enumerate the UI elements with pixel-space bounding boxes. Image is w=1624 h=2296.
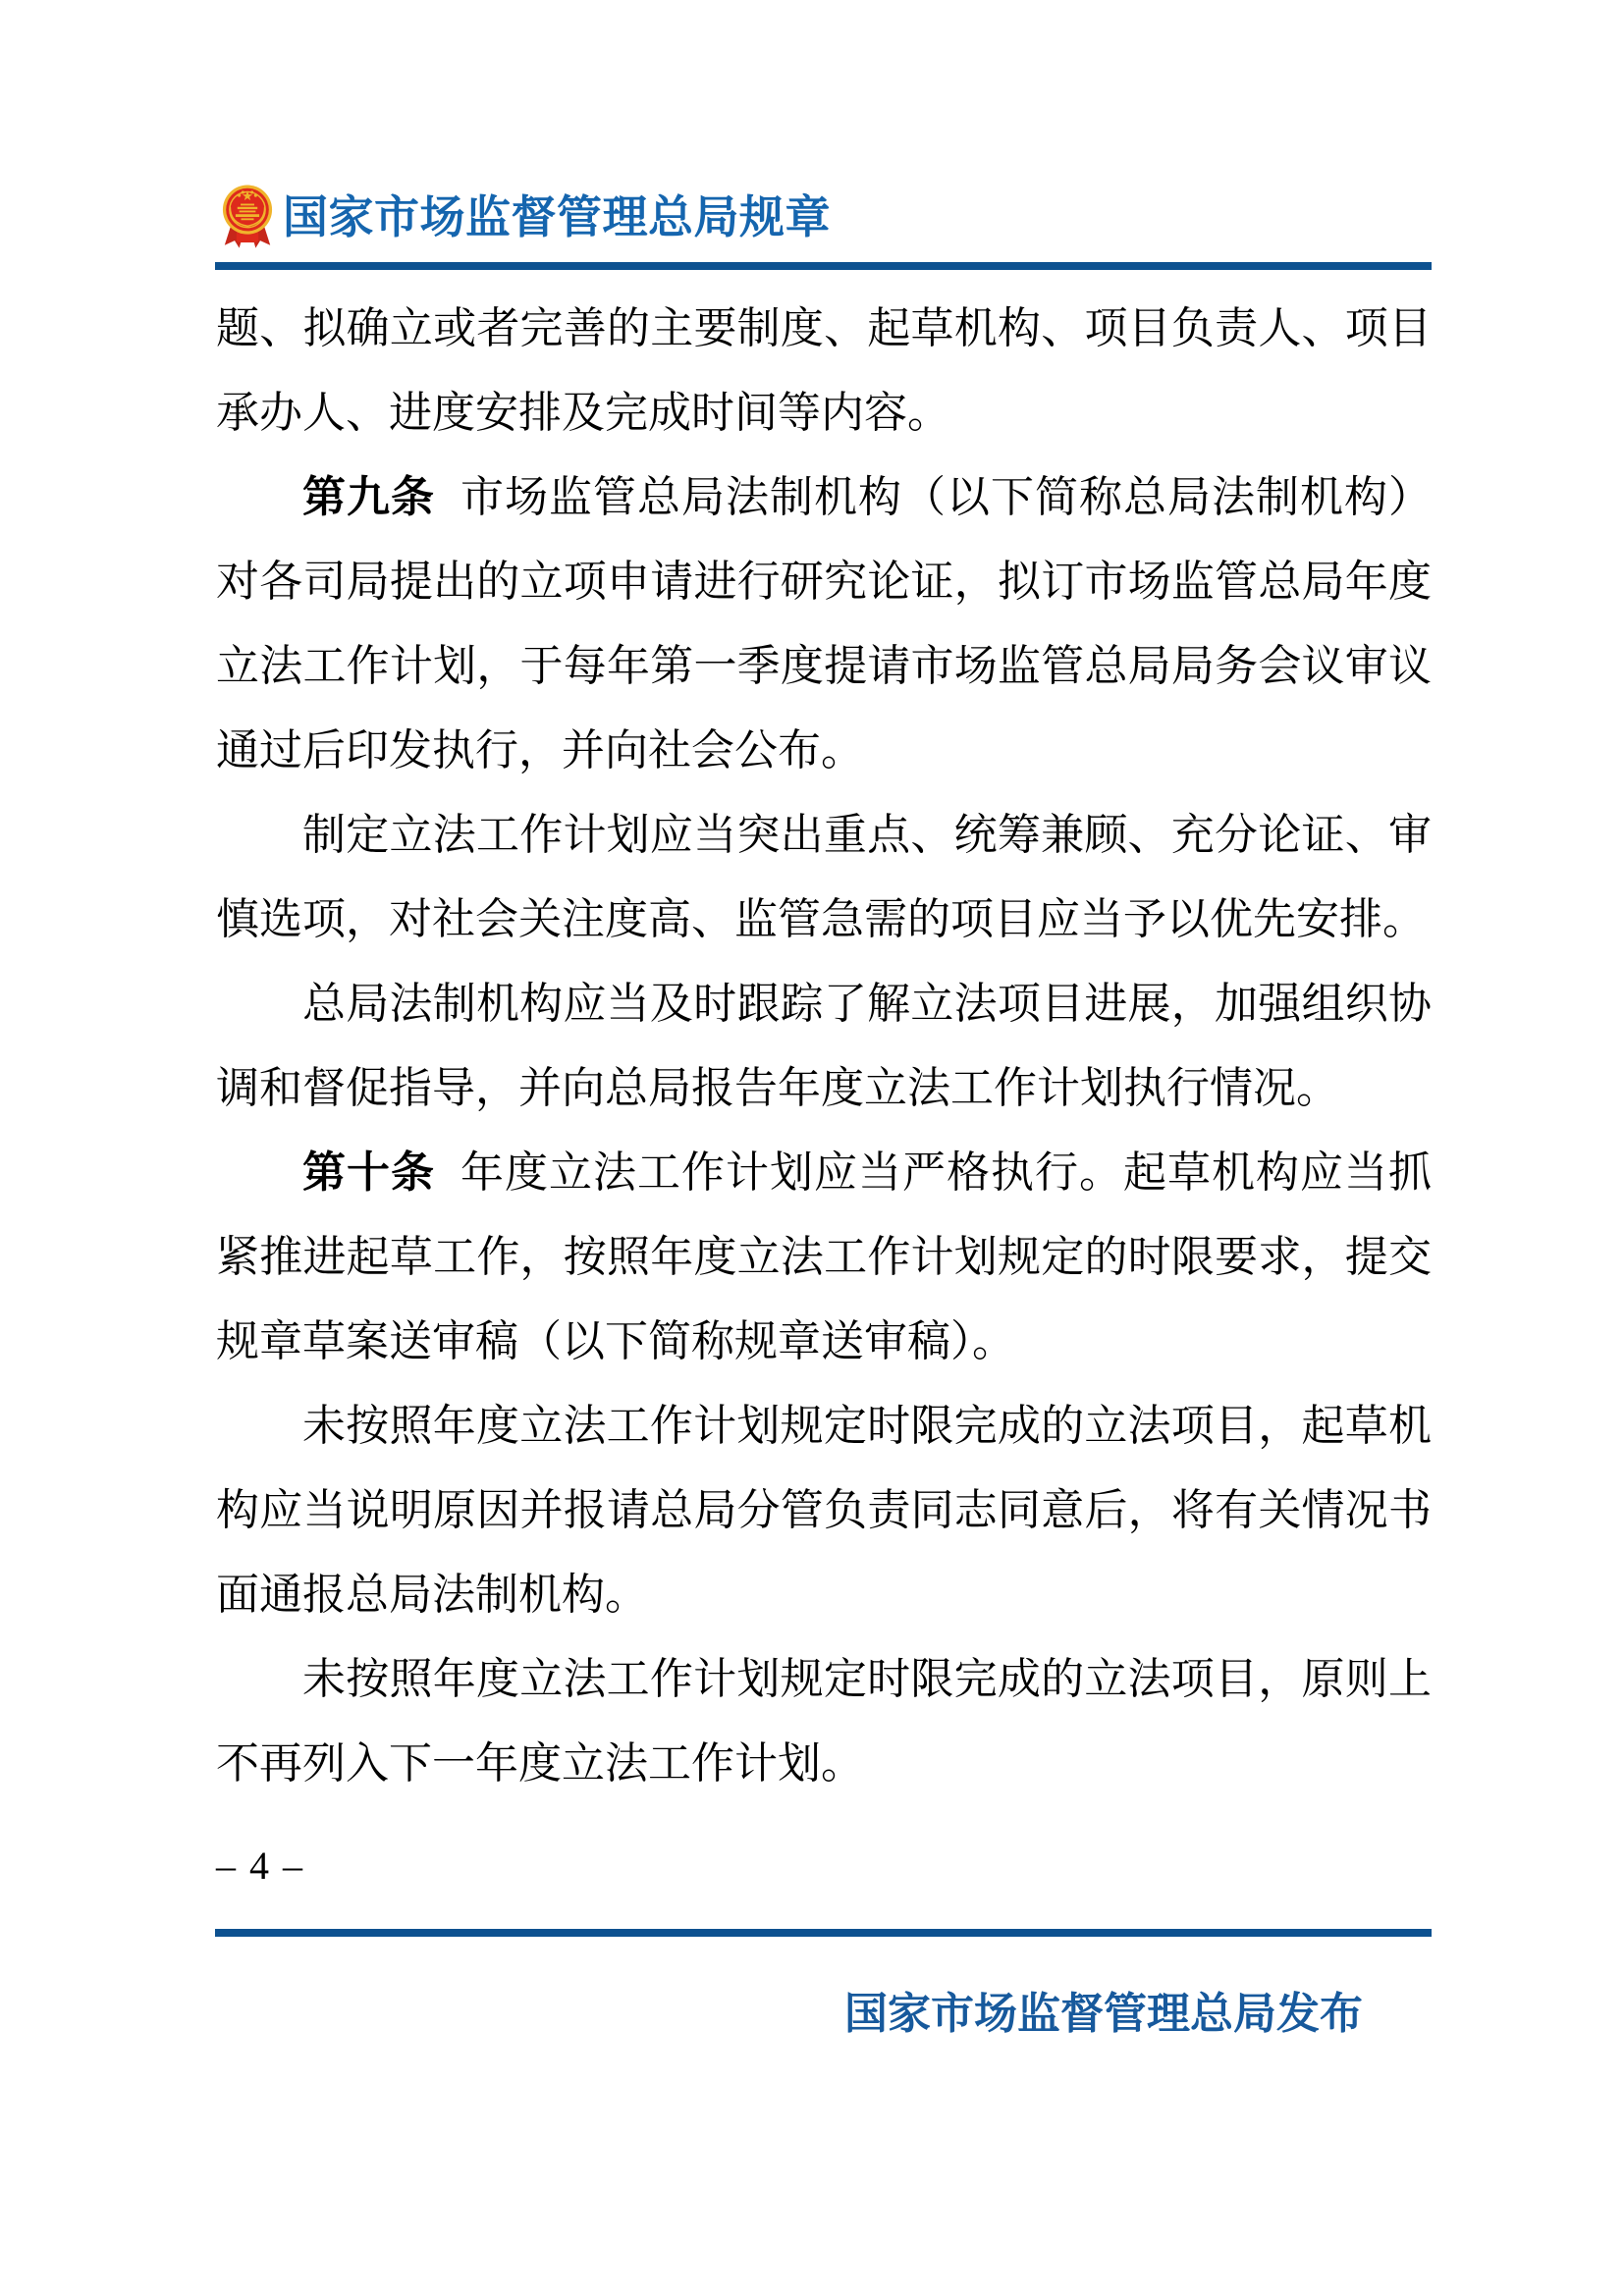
body-line: 通过后印发执行，并向社会公布。 — [216, 709, 1432, 793]
header-title: 国家市场监督管理总局规章 — [283, 191, 831, 242]
header-divider-rule — [215, 262, 1432, 270]
body-line: 承办人、进度安排及完成时间等内容。 — [216, 371, 1432, 455]
body-line: 紧推进起草工作，按照年度立法工作计划规定的时限要求，提交 — [216, 1215, 1432, 1300]
china-national-emblem-icon — [222, 183, 273, 251]
document-body: 题、拟确立或者完善的主要制度、起草机构、项目负责人、项目 承办人、进度安排及完成… — [216, 287, 1432, 1806]
body-line: 规章草案送审稿（以下简称规章送审稿）。 — [216, 1300, 1432, 1384]
page-header: 国家市场监督管理总局规章 — [222, 183, 831, 251]
article-number: 第十条 — [302, 1148, 435, 1197]
body-line: 第九条市场监管总局法制机构（以下简称总局法制机构） — [216, 455, 1432, 540]
body-line: 对各司局提出的立项申请进行研究论证，拟订市场监管总局年度 — [216, 540, 1432, 624]
document-page: 国家市场监督管理总局规章 题、拟确立或者完善的主要制度、起草机构、项目负责人、项… — [0, 0, 1624, 2296]
body-line: 面通报总局法制机构。 — [216, 1553, 1432, 1637]
body-line: 不再列入下一年度立法工作计划。 — [216, 1722, 1432, 1806]
body-line: 未按照年度立法工作计划规定时限完成的立法项目，原则上 — [216, 1637, 1432, 1722]
body-line: 构应当说明原因并报请总局分管负责同志同意后，将有关情况书 — [216, 1468, 1432, 1553]
body-line: 未按照年度立法工作计划规定时限完成的立法项目，起草机 — [216, 1384, 1432, 1468]
body-line-text: 市场监管总局法制机构（以下简称总局法制机构） — [460, 473, 1432, 521]
body-line: 总局法制机构应当及时跟踪了解立法项目进展，加强组织协 — [216, 962, 1432, 1046]
body-line: 第十条年度立法工作计划应当严格执行。起草机构应当抓 — [216, 1131, 1432, 1215]
body-line: 制定立法工作计划应当突出重点、统筹兼顾、充分论证、审 — [216, 793, 1432, 878]
article-number: 第九条 — [302, 473, 435, 521]
page-number: – 4 – — [216, 1842, 304, 1891]
body-line-text: 年度立法工作计划应当严格执行。起草机构应当抓 — [460, 1148, 1432, 1197]
footer-divider-rule — [215, 1929, 1432, 1937]
body-line: 立法工作计划，于每年第一季度提请市场监管总局局务会议审议 — [216, 624, 1432, 709]
body-line: 调和督促指导，并向总局报告年度立法工作计划执行情况。 — [216, 1046, 1432, 1131]
publisher-label: 国家市场监督管理总局发布 — [844, 1989, 1363, 2040]
body-line: 题、拟确立或者完善的主要制度、起草机构、项目负责人、项目 — [216, 287, 1432, 371]
body-line: 慎选项，对社会关注度高、监管急需的项目应当予以优先安排。 — [216, 878, 1432, 962]
